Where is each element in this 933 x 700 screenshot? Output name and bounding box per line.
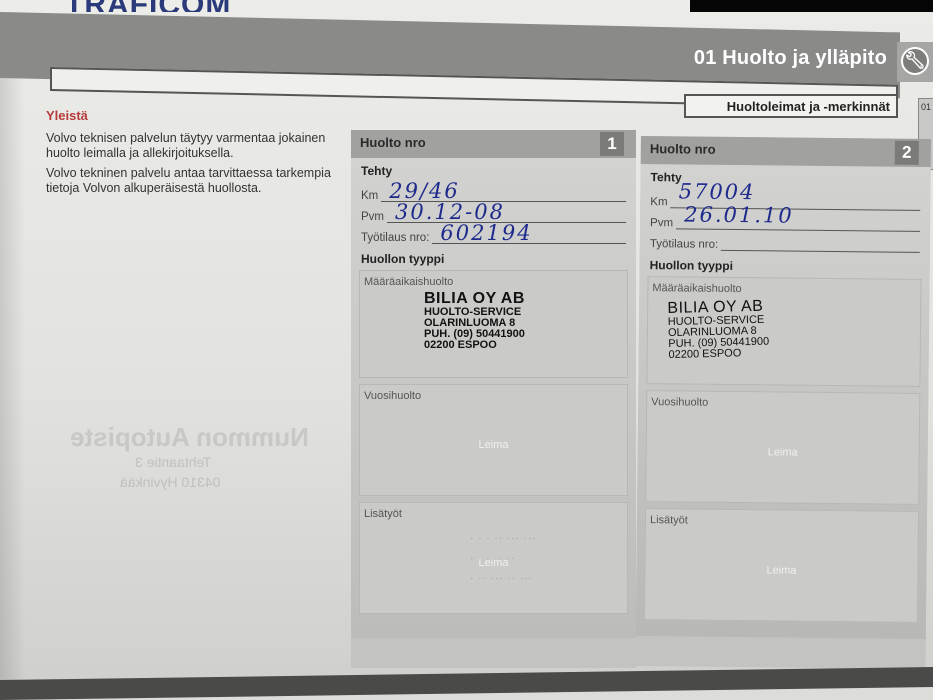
annual-service-label: Vuosihuolto bbox=[647, 391, 919, 416]
date-field: Pvm 30.12-08 bbox=[361, 202, 626, 223]
additional-work-box: Lisätyöt · · · ·· ··· ··· · · ·· · ··· ·… bbox=[359, 502, 628, 614]
section-title: Huoltoleimat ja -merkinnät bbox=[684, 94, 898, 118]
km-label: Km bbox=[361, 190, 378, 202]
work-order-field: Työtilaus nro: 602194 bbox=[361, 223, 626, 244]
scheduled-service-box: Määräaikaishuolto BILIA OY AB HUOLTO-SER… bbox=[646, 276, 921, 387]
stamp-placeholder: Leima bbox=[645, 563, 917, 578]
service-type-label: Huollon tyyppi bbox=[361, 252, 626, 266]
annual-service-box: Vuosihuolto Leima bbox=[359, 384, 628, 496]
service-number: 1 bbox=[600, 132, 624, 156]
tehty-label: Tehty bbox=[361, 164, 626, 178]
wrench-icon: 🔧︎ bbox=[901, 47, 929, 75]
service-number: 2 bbox=[895, 141, 919, 165]
km-label: Km bbox=[650, 196, 667, 208]
date-label: Pvm bbox=[650, 217, 673, 229]
date-field: Pvm 26.01.10 bbox=[650, 208, 920, 232]
intro-paragraph: Volvo teknisen palvelun täytyy varmentaa… bbox=[46, 131, 336, 161]
date-line: 26.01.10 bbox=[676, 211, 920, 232]
annual-service-box: Vuosihuolto Leima bbox=[645, 390, 920, 505]
additional-work-label: Lisätyöt bbox=[646, 509, 918, 534]
card-header-label: Huolto nro bbox=[650, 141, 716, 157]
card-header: Huolto nro 2 bbox=[641, 136, 931, 167]
card-header: Huolto nro 1 bbox=[351, 130, 636, 158]
km-field: Km 29/46 bbox=[361, 181, 626, 202]
work-order-line bbox=[721, 233, 920, 253]
bleed-through-line: 04310 Hyvinkää bbox=[120, 474, 220, 490]
additional-work-label: Lisätyöt bbox=[360, 503, 627, 525]
card-header-label: Huolto nro bbox=[360, 135, 426, 150]
chapter-title: 01 Huolto ja ylläpito bbox=[694, 47, 887, 70]
km-value: 57004 bbox=[679, 179, 756, 204]
intro-heading: Yleistä bbox=[46, 108, 336, 123]
stamp-placeholder: Leima bbox=[360, 439, 627, 451]
work-order-label: Työtilaus nro: bbox=[650, 238, 719, 251]
scheduled-service-box: Määräaikaishuolto BILIA OY AB HUOLTO-SER… bbox=[359, 270, 628, 378]
dealer-stamp: BILIA OY AB HUOLTO-SERVICE OLARINLUOMA 8… bbox=[424, 291, 525, 351]
scheduled-service-label: Määräaikaishuolto bbox=[648, 277, 920, 302]
stamp-line: 02200 ESPOO bbox=[424, 340, 525, 351]
additional-work-box: Lisätyöt Leima bbox=[644, 508, 919, 623]
chapter-icon-box: 🔧︎ bbox=[897, 42, 933, 82]
service-type-label: Huollon tyyppi bbox=[650, 258, 920, 275]
service-card-2: Huolto nro 2 Tehty Km 57004 Pvm 26.01.10… bbox=[635, 136, 931, 669]
intro-section: Yleistä Volvo teknisen palvelun täytyy v… bbox=[46, 108, 336, 201]
work-order-label: Työtilaus nro: bbox=[361, 232, 429, 244]
bleed-through-title: Nummon Autopiste bbox=[70, 422, 309, 453]
work-order-line: 602194 bbox=[432, 226, 626, 244]
intro-paragraph: Volvo tekninen palvelu antaa tarvittaess… bbox=[46, 166, 336, 196]
date-label: Pvm bbox=[361, 211, 384, 223]
stamp-line: 02200 ESPOO bbox=[668, 348, 769, 361]
stamp-placeholder: Leima bbox=[647, 445, 919, 460]
bleed-through-line: Tehtaantie 3 bbox=[135, 454, 211, 470]
card-body: Tehty Km 57004 Pvm 26.01.10 Työtilaus nr… bbox=[636, 164, 931, 639]
work-order-value: 602194 bbox=[440, 221, 532, 245]
work-order-field: Työtilaus nro: bbox=[650, 229, 920, 253]
annual-service-label: Vuosihuolto bbox=[360, 385, 627, 407]
date-value: 26.01.10 bbox=[684, 202, 794, 227]
card-body: Tehty Km 29/46 Pvm 30.12-08 Työtilaus nr… bbox=[351, 158, 636, 638]
dealer-stamp: BILIA OY AB HUOLTO-SERVICE OLARINLUOMA 8… bbox=[667, 299, 769, 361]
stamp-placeholder: Leima bbox=[360, 557, 627, 569]
stamp-name: BILIA OY AB bbox=[424, 291, 525, 307]
manual-page: 01 Huolto ja ylläpito 🔧︎ Huoltoleimat ja… bbox=[0, 12, 933, 687]
service-card-1: Huolto nro 1 Tehty Km 29/46 Pvm 30.12-08… bbox=[351, 130, 636, 668]
page-binding-shadow bbox=[0, 12, 25, 687]
